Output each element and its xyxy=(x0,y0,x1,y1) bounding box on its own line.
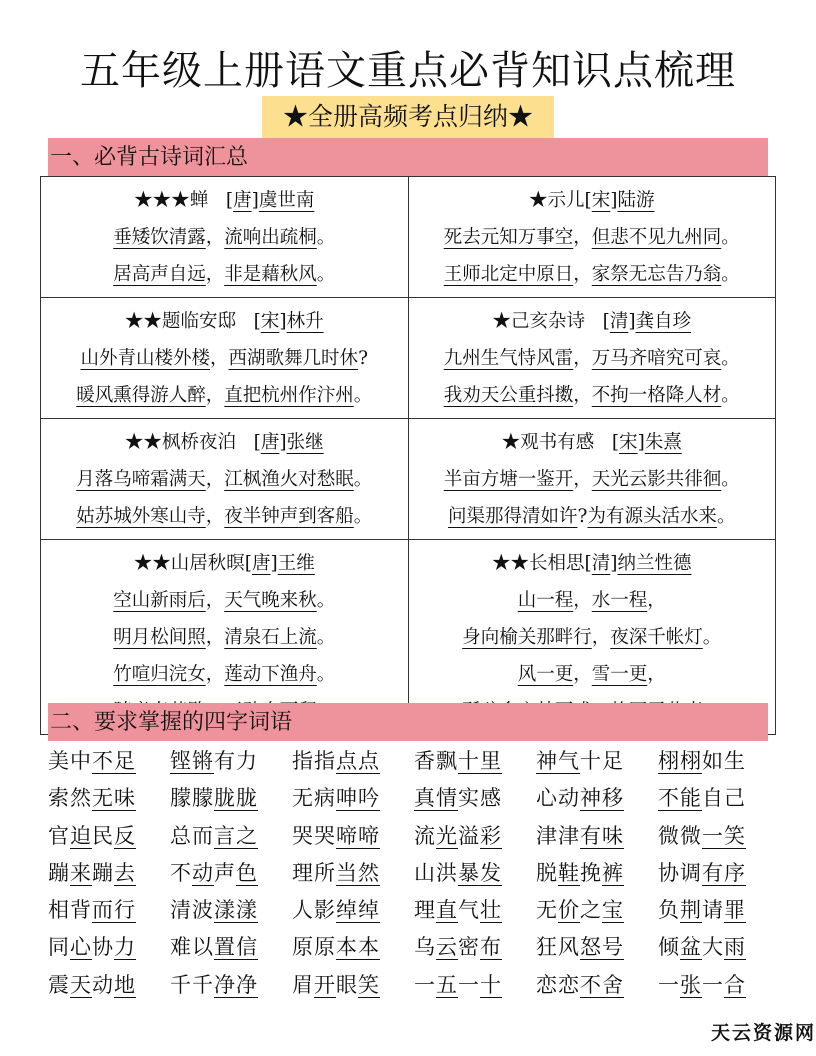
poem-title-line: ★★题临安邸 [宋]林升 xyxy=(41,304,408,340)
idiom-chars: 眉 xyxy=(292,973,314,997)
idiom-chars: 千千 xyxy=(170,973,214,997)
punctuation: ， xyxy=(206,227,225,248)
idiom-chars: 协调 xyxy=(658,861,702,885)
idiom-chars: 脱 xyxy=(536,861,558,885)
idiom-key-chars: 啼啼 xyxy=(336,824,380,848)
idiom-key-chars: 有味 xyxy=(580,824,624,848)
idiom-chars: 微微 xyxy=(658,824,702,848)
poem-title-line: ★示儿[宋]陆游 xyxy=(409,183,776,219)
idiom-chars: 动 xyxy=(92,973,114,997)
idiom-chars: 香飘 xyxy=(414,749,458,773)
idiom-item: 负荆请罪 xyxy=(658,892,780,929)
idiom-key-chars: 动 xyxy=(192,861,214,885)
poem-verse-line: 九州生气恃风雷，万马齐喑究可哀。 xyxy=(409,340,776,377)
idiom-chars: 大 xyxy=(702,935,724,959)
idiom-chars: 恋恋 xyxy=(536,973,580,997)
punctuation: 。 xyxy=(721,227,740,248)
idiom-item: 一五一十 xyxy=(414,967,536,1004)
idiom-chars: 之 xyxy=(580,898,602,922)
punctuation: ， xyxy=(573,264,592,285)
spacer xyxy=(585,311,603,332)
punctuation: 。 xyxy=(317,264,336,285)
verse-first-half: 山外青山楼外楼 xyxy=(81,348,211,369)
bracket: [ xyxy=(585,553,592,574)
idiom-grid: 美中不足铿锵有力指指点点香飘十里神气十足栩栩如生索然无味朦朦胧胧无病呻吟真情实感… xyxy=(48,743,778,1004)
idiom-chars: 津津 xyxy=(536,824,580,848)
idiom-item: 脱鞋挽裤 xyxy=(536,855,658,892)
idiom-key-chars: 铿锵 xyxy=(170,749,214,773)
idiom-key-chars: 宝 xyxy=(602,898,624,922)
poem-cell: ★★枫桥夜泊 [唐]张继月落乌啼霜满天，江枫渔火对愁眠。姑苏城外寒山寺，夜半钟声… xyxy=(41,419,409,540)
verse-second-half: 不拘一格降人材 xyxy=(592,385,722,406)
idiom-chars: 理 xyxy=(414,898,436,922)
bracket: ] xyxy=(252,190,259,211)
idiom-item: 指指点点 xyxy=(292,743,414,780)
idiom-key-chars: 鞋 xyxy=(558,861,580,885)
idiom-key-chars: 力 xyxy=(114,935,136,959)
poem-author: 虞世南 xyxy=(259,190,315,211)
poem-author: 龚自珍 xyxy=(636,311,692,332)
idiom-key-chars: 价 xyxy=(558,898,580,922)
bracket: ] xyxy=(279,432,286,453)
idiom-chars: 请 xyxy=(702,898,724,922)
idiom-key-chars: 一笑 xyxy=(702,824,746,848)
idiom-chars: 蹦 xyxy=(48,861,70,885)
verse-second-half: 家祭无忘告乃翁 xyxy=(592,264,722,285)
idiom-key-chars: 置信 xyxy=(214,935,258,959)
poem-dynasty: 唐 xyxy=(252,553,271,574)
idiom-chars: 朦朦 xyxy=(170,786,214,810)
punctuation: ， xyxy=(647,590,666,611)
punctuation: ? xyxy=(578,506,588,527)
idiom-chars: 一 xyxy=(458,973,480,997)
poem-verse-line: 问渠那得清如许?为有源头活水来。 xyxy=(409,498,776,535)
punctuation: ， xyxy=(210,348,229,369)
verse-second-half: 天光云影共徘徊 xyxy=(592,469,722,490)
poem-title-line: ★观书有感 [宋]朱熹 xyxy=(409,425,776,461)
idiom-chars: 自己 xyxy=(702,786,746,810)
verse-second-half: 夜半钟声到客船 xyxy=(224,506,354,527)
poem-author: 陆游 xyxy=(617,190,654,211)
idiom-item: 不动声色 xyxy=(170,855,292,892)
spacer xyxy=(208,190,226,211)
punctuation: ， xyxy=(573,664,592,685)
punctuation: ， xyxy=(206,590,225,611)
star-rating: ★ xyxy=(492,311,511,332)
poem-verse-line: 垂矮饮清露，流响出疏桐。 xyxy=(41,219,408,256)
poem-title: 观书有感 xyxy=(520,432,594,453)
verse-first-half: 半亩方塘一鉴开 xyxy=(444,469,574,490)
verse-first-half: 空山新雨后 xyxy=(113,590,206,611)
verse-second-half: 雪一更 xyxy=(592,664,648,685)
idiom-chars: 有力 xyxy=(214,749,258,773)
idiom-item: 铿锵有力 xyxy=(170,743,292,780)
star-rating: ★★ xyxy=(134,553,171,574)
verse-first-half: 死去元知万事空 xyxy=(444,227,574,248)
idiom-key-chars: 来 xyxy=(70,861,92,885)
idiom-key-chars: 净净 xyxy=(214,973,258,997)
poem-verse-line: 王师北定中原日，家祭无忘告乃翁。 xyxy=(409,256,776,293)
subtitle-banner: ★全册高频考点归纳★ xyxy=(262,96,554,138)
idiom-chars: 狂风 xyxy=(536,935,580,959)
idiom-item: 美中不足 xyxy=(48,743,170,780)
idiom-chars: 同 xyxy=(48,935,70,959)
poem-verse-line: 风一更，雪一更， xyxy=(409,656,776,693)
star-rating: ★★ xyxy=(492,553,529,574)
star-rating: ★★★ xyxy=(134,190,190,211)
star-rating: ★ xyxy=(502,432,521,453)
idiom-key-chars: 罪 xyxy=(724,898,746,922)
idiom-item: 津津有味 xyxy=(536,818,658,855)
idiom-chars: 无 xyxy=(536,898,558,922)
poem-dynasty: 宋 xyxy=(619,432,638,453)
star-rating: ★★ xyxy=(125,311,162,332)
poem-dynasty: 宋 xyxy=(261,311,280,332)
idiom-chars: 清波 xyxy=(170,898,214,922)
idiom-key-chars: 天 xyxy=(70,973,92,997)
poem-author: 王维 xyxy=(278,553,315,574)
poem-verse-line: 山一程，水一程， xyxy=(409,582,776,619)
idiom-item: 一张一合 xyxy=(658,967,780,1004)
idiom-chars: 蹦 xyxy=(92,861,114,885)
punctuation: 。 xyxy=(721,385,740,406)
poem-verse-line: 身向榆关那畔行，夜深千帐灯。 xyxy=(409,619,776,656)
idiom-chars: 协 xyxy=(92,935,114,959)
idiom-key-chars: 怒号 xyxy=(580,935,624,959)
poem-cell: ★观书有感 [宋]朱熹半亩方塘一鉴开，天光云影共徘徊。问渠那得清如许?为有源头活… xyxy=(408,419,776,540)
idiom-key-chars: 张 xyxy=(680,973,702,997)
idiom-chars: 负 xyxy=(658,898,680,922)
verse-second-half: 直把杭州作汴州 xyxy=(224,385,354,406)
idiom-key-chars: 真情 xyxy=(414,786,458,810)
punctuation: ， xyxy=(206,385,225,406)
poem-verse-line: 竹喧归浣女，莲动下渔舟。 xyxy=(41,656,408,693)
section-heading-idioms: 二、要求掌握的四字词语 xyxy=(48,703,768,741)
poem-title: 题临安邸 xyxy=(162,311,236,332)
verse-first-half: 月落乌啼霜满天 xyxy=(76,469,206,490)
idiom-key-chars: 裤 xyxy=(602,861,624,885)
verse-second-half: 夜深千帐灯 xyxy=(610,627,703,648)
idiom-key-chars: 不舍 xyxy=(580,973,624,997)
punctuation: ， xyxy=(206,664,225,685)
verse-second-half: 非是藉秋风 xyxy=(224,264,317,285)
spacer xyxy=(594,432,612,453)
spacer xyxy=(236,432,254,453)
idiom-key-chars: 地 xyxy=(114,973,136,997)
idiom-chars: 气 xyxy=(458,898,480,922)
poem-verse-line: 我劝天公重抖擞，不拘一格降人材。 xyxy=(409,377,776,414)
poem-dynasty: 唐 xyxy=(233,190,252,211)
idiom-key-chars: 云 xyxy=(436,935,458,959)
idiom-chars: 眼 xyxy=(336,973,358,997)
section-heading-poems: 一、必背古诗词汇总 xyxy=(48,138,768,176)
poem-author: 朱熹 xyxy=(645,432,682,453)
idiom-chars: 挽 xyxy=(580,861,602,885)
idiom-item: 栩栩如生 xyxy=(658,743,780,780)
punctuation: 。 xyxy=(317,590,336,611)
bracket: ] xyxy=(279,311,286,332)
idiom-key-chars: 栩栩 xyxy=(658,749,702,773)
idiom-item: 理所当然 xyxy=(292,855,414,892)
idiom-chars: 如生 xyxy=(702,749,746,773)
idiom-item: 山洪暴发 xyxy=(414,855,536,892)
idiom-key-chars: 十里 xyxy=(458,749,502,773)
verse-second-half: 天气晚来秋 xyxy=(224,590,317,611)
watermark: 天云资源网 xyxy=(711,1018,816,1045)
idiom-item: 人影绰绰 xyxy=(292,892,414,929)
bracket: ] xyxy=(638,432,645,453)
poem-author: 张继 xyxy=(287,432,324,453)
punctuation: ， xyxy=(573,348,592,369)
verse-second-half: 清泉石上流 xyxy=(224,627,317,648)
bracket: [ xyxy=(254,311,261,332)
idiom-item: 协调有序 xyxy=(658,855,780,892)
verse-first-half: 明月松间照 xyxy=(113,627,206,648)
poem-verse-line: 月落乌啼霜满天，江枫渔火对愁眠。 xyxy=(41,461,408,498)
verse-second-half: 万马齐喑究可哀 xyxy=(592,348,722,369)
idiom-chars: 美中 xyxy=(48,749,92,773)
idiom-item: 恋恋不舍 xyxy=(536,967,658,1004)
idiom-key-chars: 神气 xyxy=(536,749,580,773)
idiom-item: 眉开眼笑 xyxy=(292,967,414,1004)
idiom-key-chars: 不能 xyxy=(658,786,702,810)
idiom-item: 倾盆大雨 xyxy=(658,929,780,966)
idiom-key-chars: 言之 xyxy=(214,824,258,848)
idiom-key-chars: 壮 xyxy=(480,898,502,922)
bracket: [ xyxy=(585,190,592,211)
punctuation: 。 xyxy=(354,506,373,527)
idiom-key-chars: 笑 xyxy=(358,973,380,997)
idiom-item: 神气十足 xyxy=(536,743,658,780)
idiom-key-chars: 去 xyxy=(114,861,136,885)
idiom-key-chars: 色 xyxy=(236,861,258,885)
idiom-chars: 人影 xyxy=(292,898,336,922)
bracket: ] xyxy=(628,311,635,332)
idiom-key-chars: 荆 xyxy=(680,898,702,922)
page-title: 五年级上册语文重点必背知识点梳理 xyxy=(0,44,816,98)
idiom-key-chars: 雨 xyxy=(724,935,746,959)
idiom-key-chars: 合 xyxy=(724,973,746,997)
idiom-chars: 十足 xyxy=(580,749,624,773)
poem-verse-line: 空山新雨后，天气晚来秋。 xyxy=(41,582,408,619)
idiom-key-chars: 本本 xyxy=(336,935,380,959)
idiom-item: 香飘十里 xyxy=(414,743,536,780)
idiom-chars: 乌 xyxy=(414,935,436,959)
verse-first-half: 风一更 xyxy=(518,664,574,685)
idiom-key-chars: 当然 xyxy=(336,861,380,885)
idiom-item: 乌云密布 xyxy=(414,929,536,966)
idiom-chars: 民 xyxy=(92,824,114,848)
verse-first-half: 居高声自远 xyxy=(113,264,206,285)
poem-author: 纳兰性德 xyxy=(617,553,691,574)
idiom-key-chars: 有序 xyxy=(702,861,746,885)
punctuation: ， xyxy=(573,227,592,248)
idiom-item: 真情实感 xyxy=(414,780,536,817)
idiom-key-chars: 布 xyxy=(480,935,502,959)
punctuation: 。 xyxy=(354,385,373,406)
poem-dynasty: 唐 xyxy=(261,432,280,453)
idiom-chars: 心动 xyxy=(536,786,580,810)
punctuation: 。 xyxy=(354,469,373,490)
bracket: [ xyxy=(245,553,252,574)
poem-verse-line: 山外青山楼外楼，西湖歌舞几时休? xyxy=(41,340,408,377)
idiom-key-chars: 无味 xyxy=(92,786,136,810)
idiom-chars: 官 xyxy=(48,824,70,848)
idiom-key-chars: 胧胧 xyxy=(214,786,258,810)
idiom-item: 清波漾漾 xyxy=(170,892,292,929)
verse-first-half: 竹喧归浣女 xyxy=(113,664,206,685)
idiom-key-chars: 点点 xyxy=(336,749,380,773)
idiom-item: 难以置信 xyxy=(170,929,292,966)
idiom-chars: 索然 xyxy=(48,786,92,810)
idiom-key-chars: 五 xyxy=(436,973,458,997)
idiom-chars: 山洪 xyxy=(414,861,458,885)
verse-first-half: 王师北定中原日 xyxy=(444,264,574,285)
idiom-item: 同心协力 xyxy=(48,929,170,966)
idiom-key-chars: 直 xyxy=(436,898,458,922)
idiom-item: 原原本本 xyxy=(292,929,414,966)
poem-title: 己亥杂诗 xyxy=(511,311,585,332)
verse-first-half: 问渠那得清如许 xyxy=(448,506,578,527)
punctuation: ， xyxy=(573,469,592,490)
poem-row: ★★题临安邸 [宋]林升山外青山楼外楼，西湖歌舞几时休?暖风熏得游人醉，直把杭州… xyxy=(41,298,776,419)
idiom-key-chars: 神移 xyxy=(580,786,624,810)
poem-verse-line: 明月松间照，清泉石上流。 xyxy=(41,619,408,656)
idiom-chars: 震 xyxy=(48,973,70,997)
punctuation: ， xyxy=(206,627,225,648)
poem-title: 示儿 xyxy=(548,190,585,211)
idiom-key-chars: 不足 xyxy=(92,749,136,773)
poem-cell: ★★★蝉 [唐]虞世南垂矮饮清露，流响出疏桐。居高声自远，非是藉秋风。 xyxy=(41,177,409,298)
punctuation: 。 xyxy=(721,264,740,285)
poem-verse-line: 居高声自远，非是藉秋风。 xyxy=(41,256,408,293)
idiom-chars: 实感 xyxy=(458,786,502,810)
idiom-item: 蹦来蹦去 xyxy=(48,855,170,892)
idiom-key-chars: 暴发 xyxy=(458,861,502,885)
poem-row: ★★枫桥夜泊 [唐]张继月落乌啼霜满天，江枫渔火对愁眠。姑苏城外寒山寺，夜半钟声… xyxy=(41,419,776,540)
verse-first-half: 九州生气恃风雷 xyxy=(444,348,574,369)
idiom-chars: 一 xyxy=(658,973,680,997)
idiom-key-chars: 而行 xyxy=(92,898,136,922)
poem-title-line: ★★枫桥夜泊 [唐]张继 xyxy=(41,425,408,461)
idiom-item: 流光溢彩 xyxy=(414,818,536,855)
idiom-key-chars: 呻吟 xyxy=(336,786,380,810)
bracket: [ xyxy=(254,432,261,453)
idiom-chars: 一 xyxy=(414,973,436,997)
punctuation: 。 xyxy=(703,627,722,648)
idiom-item: 相背而行 xyxy=(48,892,170,929)
bracket: [ xyxy=(226,190,233,211)
idiom-chars: 理所 xyxy=(292,861,336,885)
poem-cell: ★示儿[宋]陆游死去元知万事空，但悲不见九州同。王师北定中原日，家祭无忘告乃翁。 xyxy=(408,177,776,298)
idiom-chars: 倾 xyxy=(658,935,680,959)
idiom-chars: 指指 xyxy=(292,749,336,773)
poem-title: 蝉 xyxy=(190,190,209,211)
punctuation: ， xyxy=(573,385,592,406)
idiom-key-chars: 心 xyxy=(70,935,92,959)
verse-second-half: 西湖歌舞几时休 xyxy=(229,348,359,369)
idiom-chars: 一 xyxy=(702,973,724,997)
poem-cell: ★己亥杂诗 [清]龚自珍九州生气恃风雷，万马齐喑究可哀。我劝天公重抖擞，不拘一格… xyxy=(408,298,776,419)
poem-title-line: ★★★蝉 [唐]虞世南 xyxy=(41,183,408,219)
idiom-item: 无病呻吟 xyxy=(292,780,414,817)
punctuation: ， xyxy=(647,664,666,685)
punctuation: 。 xyxy=(721,348,740,369)
idiom-item: 震天动地 xyxy=(48,967,170,1004)
verse-first-half: 山一程 xyxy=(518,590,574,611)
poem-dynasty: 清 xyxy=(592,553,611,574)
idiom-chars: 无病 xyxy=(292,786,336,810)
idiom-item: 不能自己 xyxy=(658,780,780,817)
verse-second-half: 莲动下渔舟 xyxy=(224,664,317,685)
poem-title: 枫桥夜泊 xyxy=(162,432,236,453)
verse-first-half: 我劝天公重抖擞 xyxy=(444,385,574,406)
poem-dynasty: 清 xyxy=(610,311,629,332)
idiom-key-chars: 光 xyxy=(436,824,458,848)
punctuation: 。 xyxy=(721,469,740,490)
punctuation: ， xyxy=(206,469,225,490)
verse-second-half: 但悲不见九州同 xyxy=(592,227,722,248)
idiom-item: 朦朦胧胧 xyxy=(170,780,292,817)
idiom-chars: 流 xyxy=(414,824,436,848)
punctuation: ? xyxy=(358,348,368,369)
idiom-key-chars: 漾漾 xyxy=(214,898,258,922)
poem-cell: ★★题临安邸 [宋]林升山外青山楼外楼，西湖歌舞几时休?暖风熏得游人醉，直把杭州… xyxy=(41,298,409,419)
idiom-item: 总而言之 xyxy=(170,818,292,855)
punctuation: ， xyxy=(206,506,225,527)
poem-dynasty: 宋 xyxy=(592,190,611,211)
poem-verse-line: 死去元知万事空，但悲不见九州同。 xyxy=(409,219,776,256)
poem-title-line: ★★长相思[清]纳兰性德 xyxy=(409,546,776,582)
idiom-chars: 密 xyxy=(458,935,480,959)
verse-first-half: 身向榆关那畔行 xyxy=(462,627,592,648)
poem-author: 林升 xyxy=(287,311,324,332)
idiom-item: 狂风怒号 xyxy=(536,929,658,966)
poem-title-line: ★己亥杂诗 [清]龚自珍 xyxy=(409,304,776,340)
punctuation: ， xyxy=(592,627,611,648)
punctuation: ， xyxy=(206,264,225,285)
idiom-item: 索然无味 xyxy=(48,780,170,817)
poem-row: ★★★蝉 [唐]虞世南垂矮饮清露，流响出疏桐。居高声自远，非是藉秋风。★示儿[宋… xyxy=(41,177,776,298)
punctuation: ， xyxy=(573,590,592,611)
idiom-chars: 相背 xyxy=(48,898,92,922)
star-rating: ★ xyxy=(529,190,548,211)
poem-verse-line: 姑苏城外寒山寺，夜半钟声到客船。 xyxy=(41,498,408,535)
bracket: [ xyxy=(603,311,610,332)
poem-table: ★★★蝉 [唐]虞世南垂矮饮清露，流响出疏桐。居高声自远，非是藉秋风。★示儿[宋… xyxy=(40,176,776,735)
idiom-key-chars: 十 xyxy=(480,973,502,997)
idiom-item: 千千净净 xyxy=(170,967,292,1004)
bracket: ] xyxy=(271,553,278,574)
idiom-key-chars: 反 xyxy=(114,824,136,848)
idiom-key-chars: 迫 xyxy=(70,824,92,848)
idiom-chars: 原原 xyxy=(292,935,336,959)
poem-title-line: ★★山居秋暝[唐]王维 xyxy=(41,546,408,582)
idiom-key-chars: 盆 xyxy=(680,935,702,959)
poem-verse-line: 暖风熏得游人醉，直把杭州作汴州。 xyxy=(41,377,408,414)
idiom-item: 心动神移 xyxy=(536,780,658,817)
poem-verse-line: 半亩方塘一鉴开，天光云影共徘徊。 xyxy=(409,461,776,498)
poem-title: 山居秋暝 xyxy=(171,553,245,574)
star-rating: ★★ xyxy=(125,432,162,453)
idiom-key-chars: 彩 xyxy=(480,824,502,848)
idiom-chars: 哭哭 xyxy=(292,824,336,848)
idiom-item: 理直气壮 xyxy=(414,892,536,929)
punctuation: 。 xyxy=(717,506,736,527)
verse-second-half: 水一程 xyxy=(592,590,648,611)
idiom-key-chars: 绰绰 xyxy=(336,898,380,922)
idiom-chars: 难以 xyxy=(170,935,214,959)
